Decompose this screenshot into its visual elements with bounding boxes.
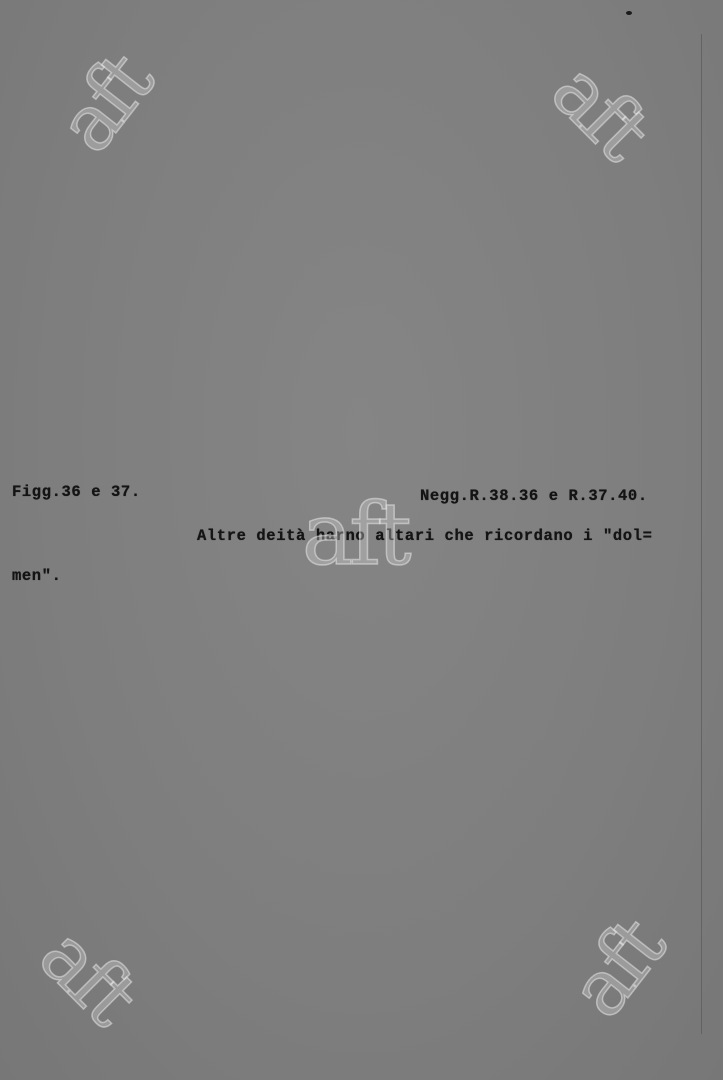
watermark-top-left: aft bbox=[45, 43, 165, 166]
caption-line-2: men". bbox=[12, 569, 62, 585]
scanned-page: aft aft aft aft Figg.36 e 37. Negg.R.38.… bbox=[0, 0, 723, 1080]
page-edge-line bbox=[701, 34, 702, 1034]
figure-reference: Figg.36 e 37. bbox=[12, 485, 141, 501]
negative-reference: Negg.R.38.36 e R.37.40. bbox=[420, 489, 648, 505]
watermark-top-right: aft bbox=[538, 50, 660, 172]
ink-speck bbox=[626, 11, 632, 15]
watermark-bottom-left: aft bbox=[26, 915, 148, 1037]
caption-line-1: Altre deità harno altari che ricordano i… bbox=[197, 529, 652, 545]
watermark-bottom-right: aft bbox=[557, 908, 677, 1031]
watermark-center: aft bbox=[302, 492, 408, 578]
